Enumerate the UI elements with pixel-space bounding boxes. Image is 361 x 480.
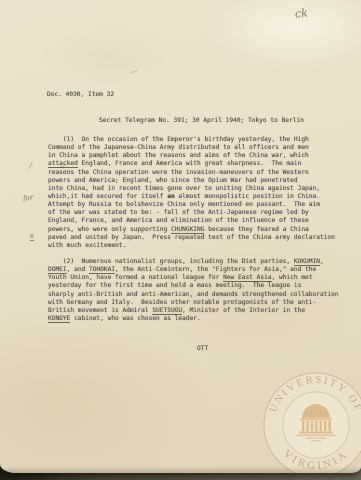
typed-line: British movement is Admiral SUETSUGU, Mi… (48, 307, 339, 315)
typed-line: paved and united by Japan. Press repeate… (48, 234, 335, 242)
uva-embossed-seal: UNIVERSITY OF VIRGINIA (260, 369, 361, 473)
typed-line: which,it had secured for itself an almos… (48, 193, 335, 201)
typed-line: into China, had in recent times gone ove… (48, 185, 335, 193)
typed-line: (1) On the occasion of the Emperor's bir… (48, 136, 335, 144)
typed-line: KONOYE cabinet, who was chosen as leader… (48, 315, 339, 323)
margin-letter-s: s (30, 231, 34, 241)
typed-line: yesterday for the first time and held a … (48, 282, 339, 290)
margin-word-for: for (22, 193, 33, 202)
seal-graphic: UNIVERSITY OF VIRGINIA (260, 369, 361, 473)
telegram-paragraph-2: (2) Numerous nationalist groups, includi… (48, 258, 339, 323)
typed-line: reasons the China operation were the inv… (48, 169, 335, 177)
typed-line: England, France, and America and elimina… (48, 217, 335, 225)
doc-number: Doc. 4030, Item 32 (47, 91, 114, 99)
handwriting-ck: ck (294, 6, 308, 20)
telegram-title: Secret Telegram No. 391; 30 April 1940; … (99, 117, 304, 125)
document-page: ck for s of ^ Doc. 4030, Item 32 Secret … (0, 0, 361, 473)
typed-line: powers, who were only supporting CHUNGKI… (48, 226, 335, 234)
typed-line: (2) Numerous nationalist groups, includi… (48, 258, 339, 266)
typed-line: with Germany and Italy. Besides other no… (48, 299, 339, 307)
pencil-smudge-mark (130, 70, 138, 74)
typed-line: with much excitement. (48, 242, 335, 250)
margin-tick-mark (28, 162, 32, 169)
typed-line: sharply anti-British and anti-American, … (48, 291, 339, 299)
typed-line: powers and America; England, who since t… (48, 177, 335, 185)
typed-line: attacked England, France and America wit… (48, 160, 335, 168)
telegram-paragraph-1: (1) On the occasion of the Emperor's bir… (48, 136, 335, 250)
signature-ott: OTT (197, 345, 208, 353)
